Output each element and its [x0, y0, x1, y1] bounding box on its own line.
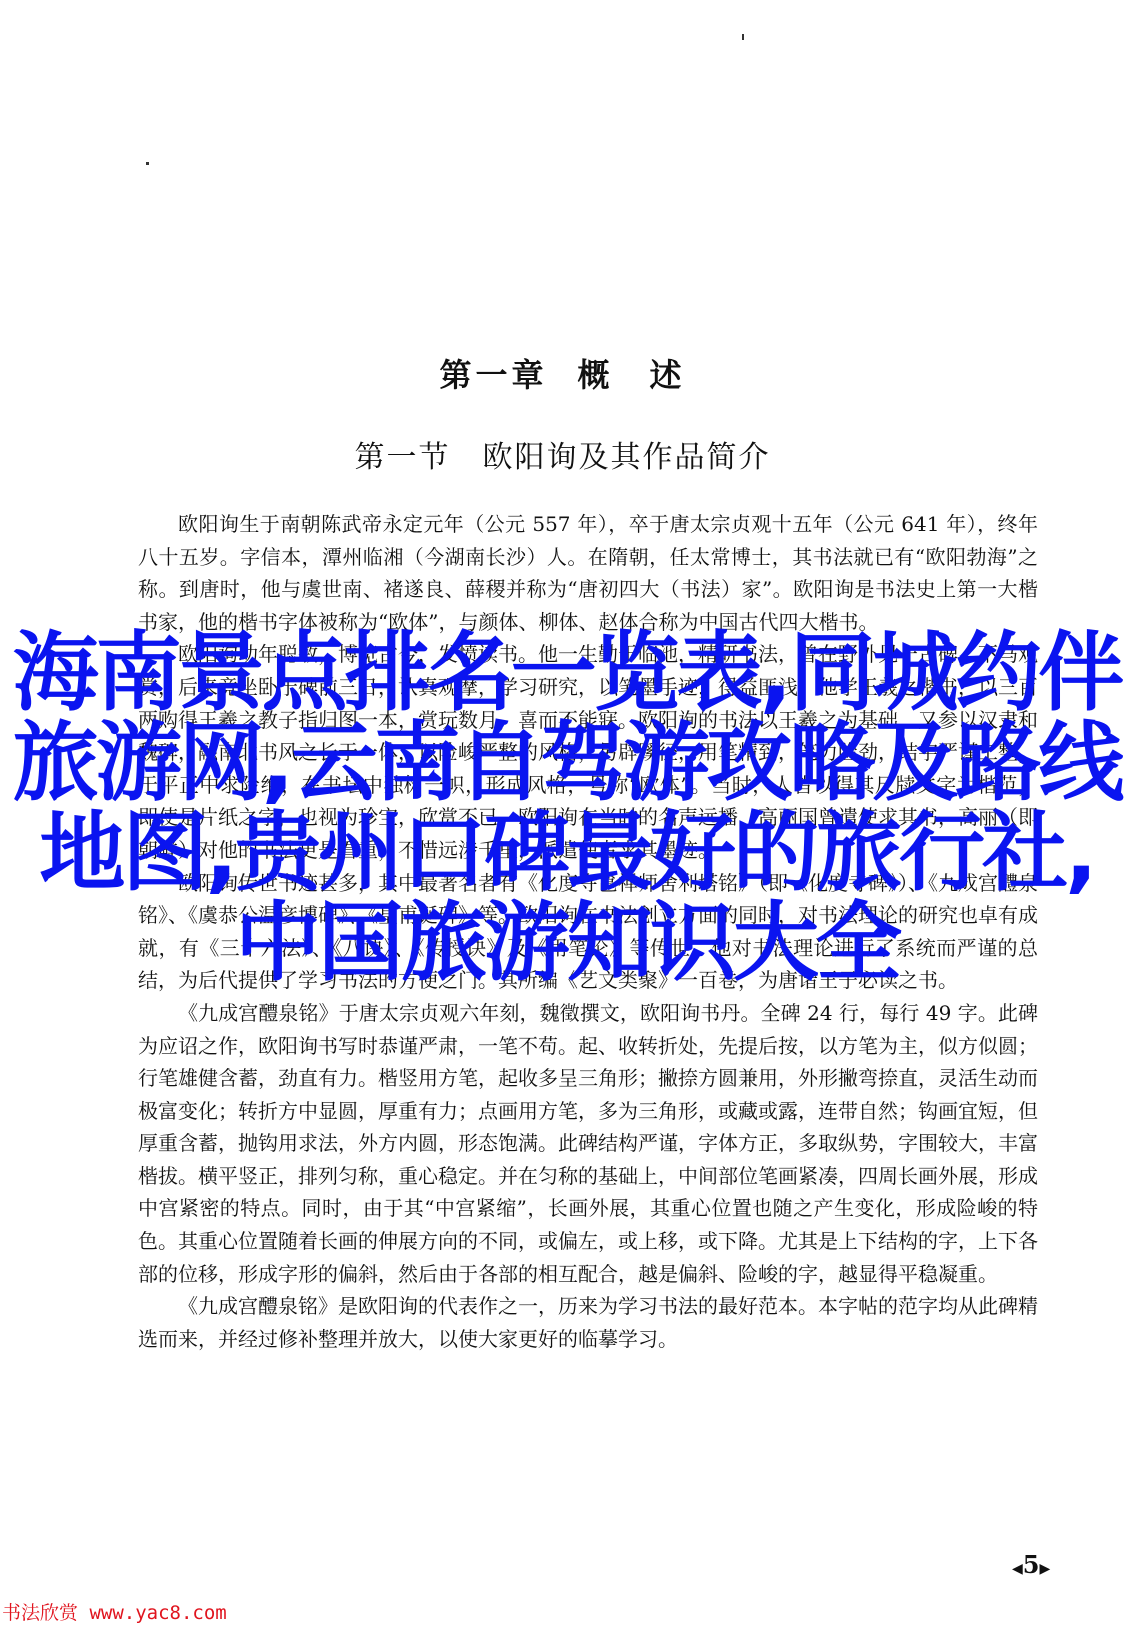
scan-speck	[742, 34, 744, 40]
page-ornament-right-icon: ▶	[1039, 1561, 1050, 1577]
paragraph: 欧阳询生于南朝陈武帝永定元年（公元 557 年），卒于唐太宗贞观十五年（公元 6…	[138, 508, 1038, 638]
paragraph: 《九成宫醴泉铭》是欧阳询的代表作之一，历来为学习书法的最好范本。本字帖的范字均从…	[138, 1290, 1038, 1355]
scan-speck	[146, 162, 149, 165]
page-number-value: 5	[1023, 1550, 1040, 1579]
page-ornament-left-icon: ◀	[1012, 1561, 1023, 1577]
chapter-title: 第一章概 述	[0, 350, 1125, 396]
paragraph: 《九成宫醴泉铭》于唐太宗贞观六年刻，魏徵撰文，欧阳询书丹。全碑 24 行，每行 …	[138, 997, 1038, 1290]
page-number: ◀5▶	[1012, 1550, 1050, 1579]
overlay-title-link[interactable]: 海南景点排名一览表,同城约伴旅游网,云南自驾游攻略及路线地图,贵州口碑最好的旅行…	[12, 628, 1122, 988]
chapter-name: 概 述	[578, 356, 686, 394]
chapter-number: 第一章	[439, 356, 547, 394]
section-title: 第一节 欧阳询及其作品简介	[0, 432, 1125, 476]
watermark: 书法欣赏 www.yac8.com	[2, 1598, 227, 1625]
